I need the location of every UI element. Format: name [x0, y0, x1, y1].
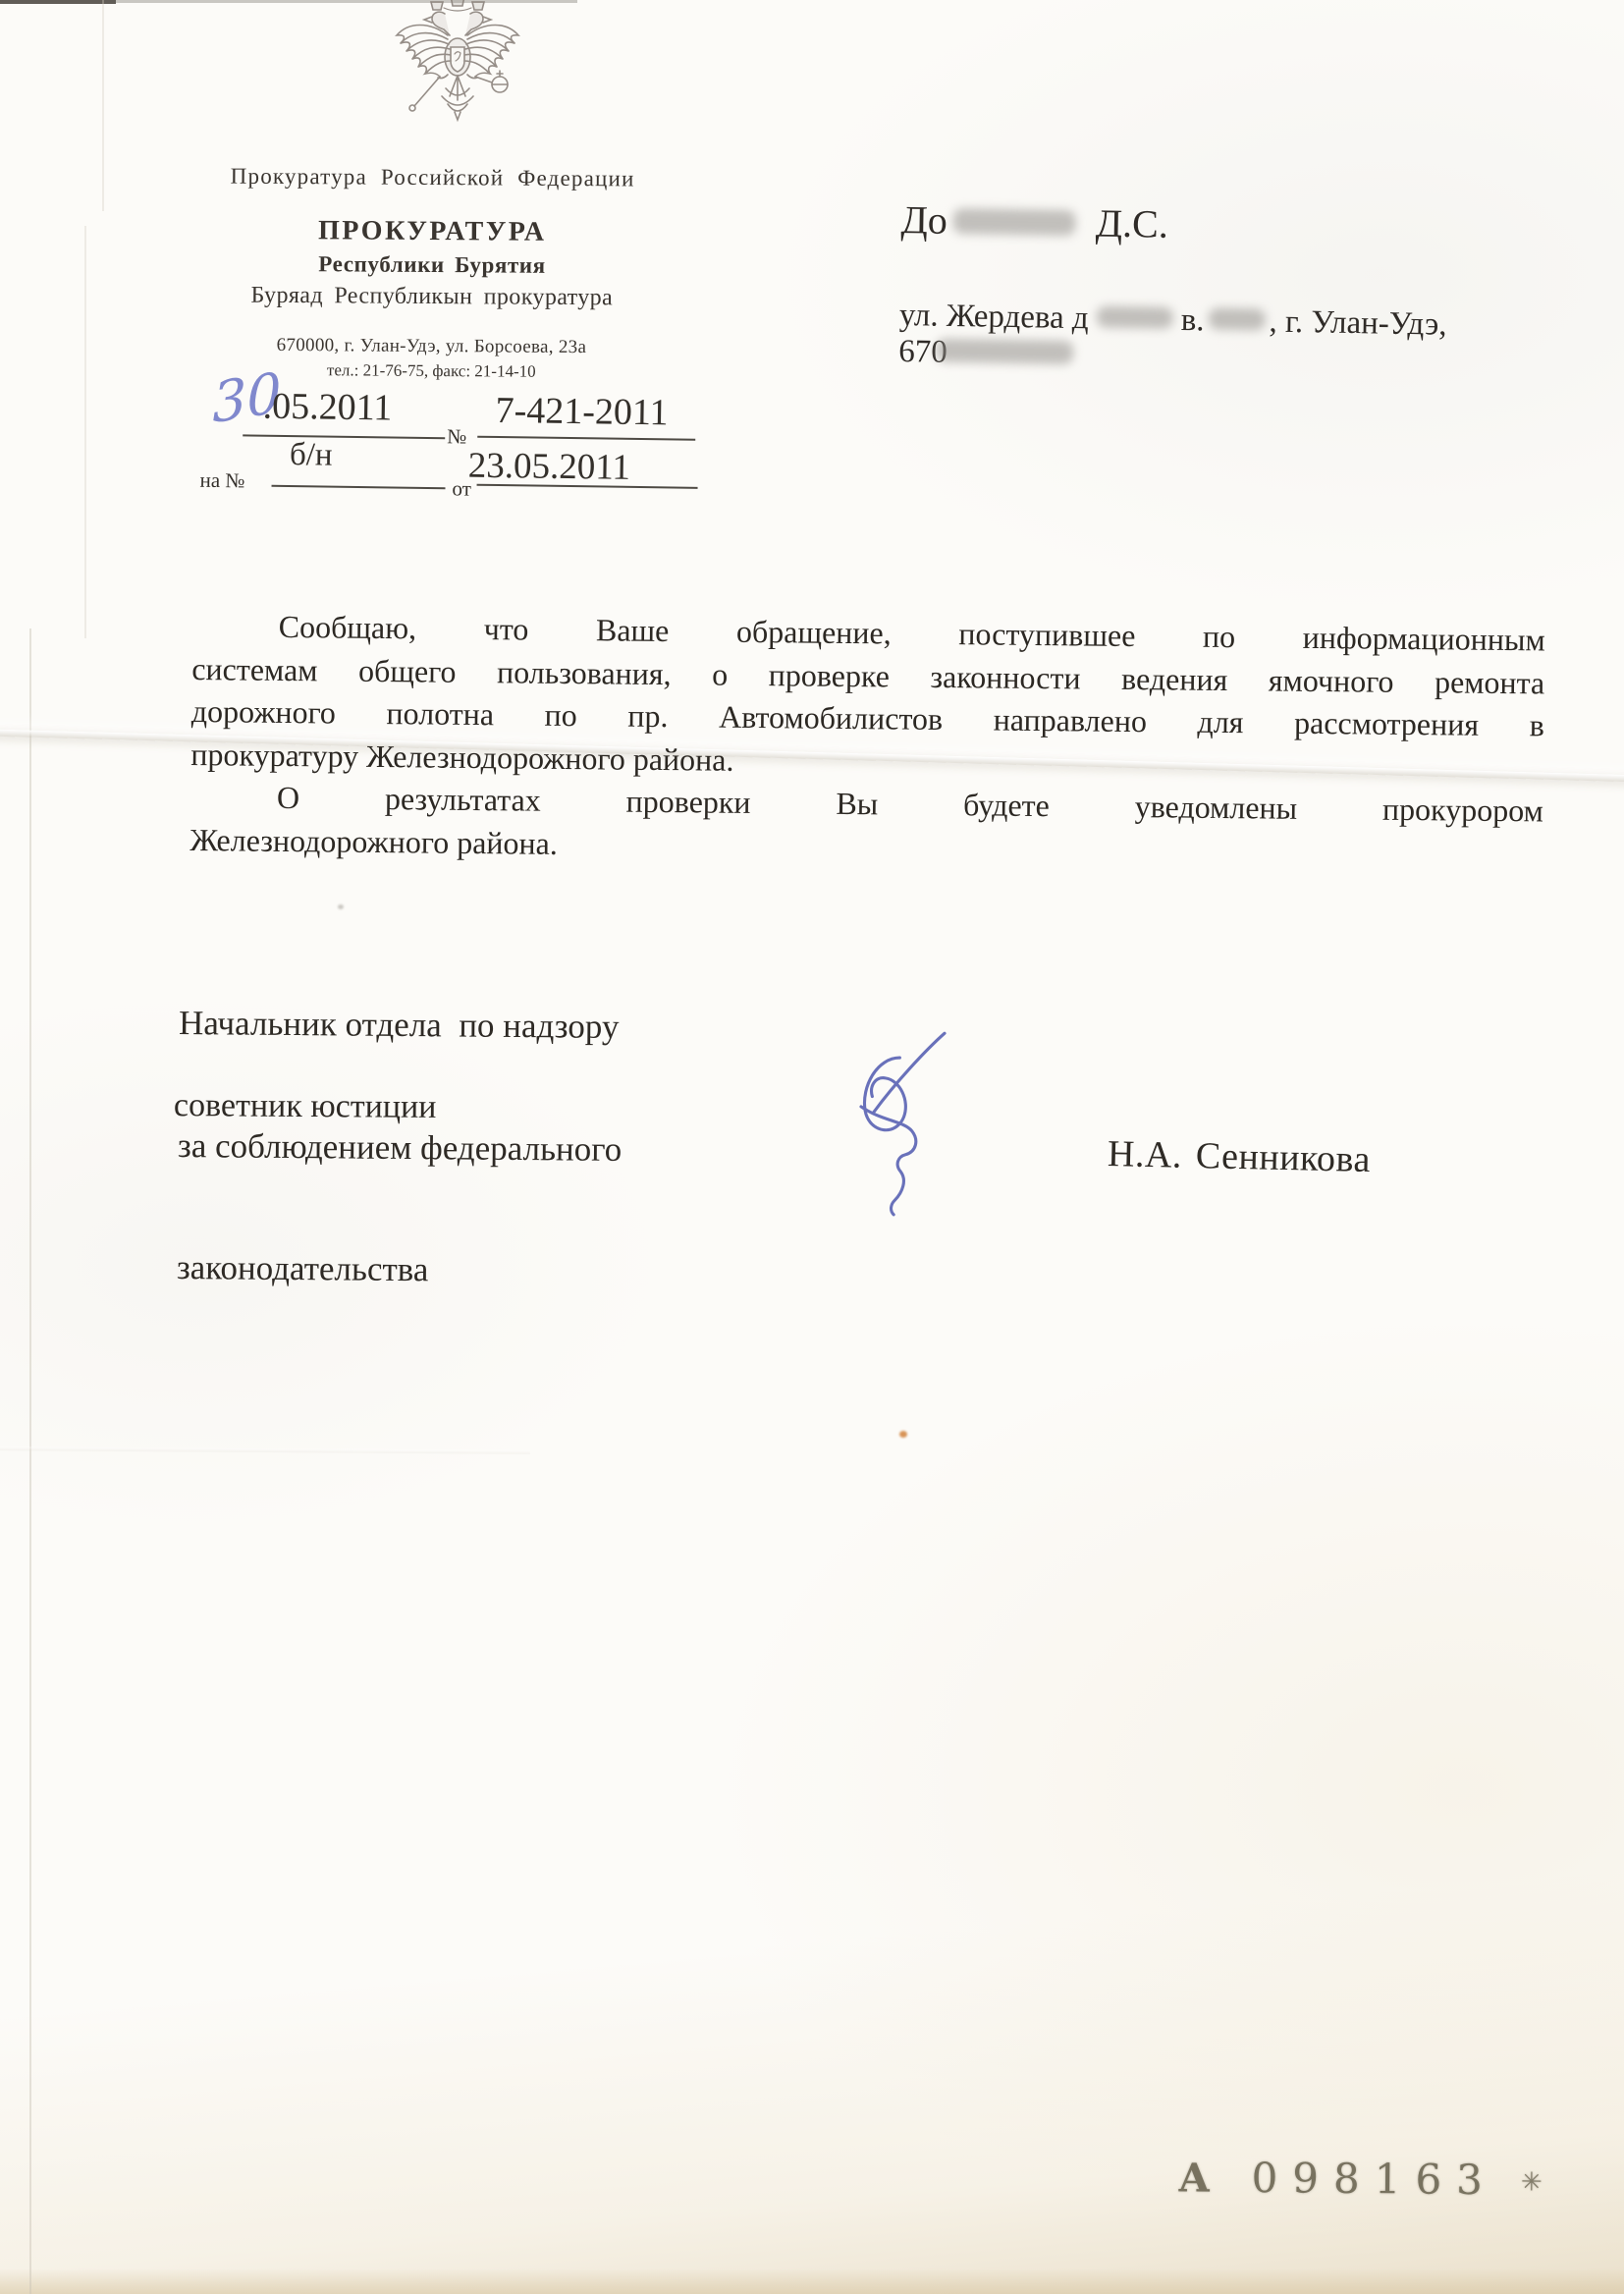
letter-body: Сообщаю, что Ваше обращение, поступившее… [189, 605, 1545, 876]
letterhead-federal-line: Прокуратура Российской Федерации [158, 163, 708, 192]
rosette-icon: ✳ [1521, 2167, 1543, 2197]
letterhead-org-subtitle: Республики Бурятия [157, 250, 707, 280]
signer-position-line: Начальник отдела по надзору [179, 1003, 768, 1049]
incoming-number-value: б/н [290, 437, 333, 474]
form-serial: А 098163 ✳ [1178, 2153, 1543, 2204]
outgoing-date: .05.2011 [262, 385, 392, 430]
serial-series-letter: А [1178, 2155, 1211, 2201]
paper-fold-line [102, 0, 104, 211]
paper-crease [0, 1447, 530, 1454]
recipient-block: ДоД.С. ул. Жердева дв., г. Улан-Удэ, 670 [898, 196, 1569, 382]
ink-speck [338, 904, 344, 909]
recipient-apartment: в. [1180, 302, 1204, 338]
serial-number: 098163 [1251, 2154, 1497, 2204]
redaction-blur [936, 339, 1073, 364]
recipient-city: , г. Улан-Удэ, [1269, 304, 1447, 343]
redaction-blur [1208, 308, 1265, 331]
signer-position-line: законодательства [177, 1247, 766, 1293]
letterhead-org-title: ПРОКУРАТУРА [157, 214, 707, 249]
paper-shading-bottom [0, 1783, 1624, 2294]
signer-name: Н.А. Сенникова [1108, 1132, 1372, 1181]
incoming-number-label: на № [199, 468, 244, 494]
recipient-name: ДоД.С. [900, 196, 1569, 254]
recipient-street: ул. Жердева д [899, 298, 1090, 336]
scanned-letter-page: Прокуратура Российской Федерации ПРОКУРА… [0, 0, 1624, 2294]
scan-edge-artifact [0, 0, 116, 4]
recipient-initials: Д.С. [1095, 200, 1168, 246]
paper-fold-line [84, 226, 86, 638]
outgoing-number: 7-421-2011 [495, 389, 669, 434]
double-headed-eagle-icon [389, 0, 526, 140]
numero-sign: № [447, 424, 466, 449]
form-underline [272, 485, 446, 489]
letterhead-address: 670000, г. Улан-Удэ, ул. Борсоева, 23а [156, 334, 706, 359]
recipient-surname: До [900, 197, 947, 243]
signer-position: Начальник отдела по надзору за соблюдени… [176, 921, 769, 1375]
signer-rank: советник юстиции [174, 1087, 437, 1126]
redaction-blur [953, 208, 1076, 236]
paper-edge-bottom [0, 2268, 1624, 2294]
letterhead: Прокуратура Российской Федерации ПРОКУРА… [156, 163, 708, 383]
incoming-date: 23.05.2011 [468, 445, 631, 489]
letterhead-alt-language-line: Буряад Республикын прокуратура [157, 282, 707, 312]
form-underline [477, 436, 695, 441]
handwritten-signature [846, 1027, 959, 1224]
redaction-blur [1097, 306, 1173, 329]
form-underline [243, 434, 445, 439]
ink-speck [899, 1431, 907, 1438]
reference-number-block: 30 .05.2011 7-421-2011 № б/н 23.05.2011 … [145, 381, 727, 517]
signer-position-line: за соблюдением федерального [178, 1124, 767, 1171]
paper-fold-line [29, 628, 31, 2294]
from-label: от [452, 476, 471, 501]
